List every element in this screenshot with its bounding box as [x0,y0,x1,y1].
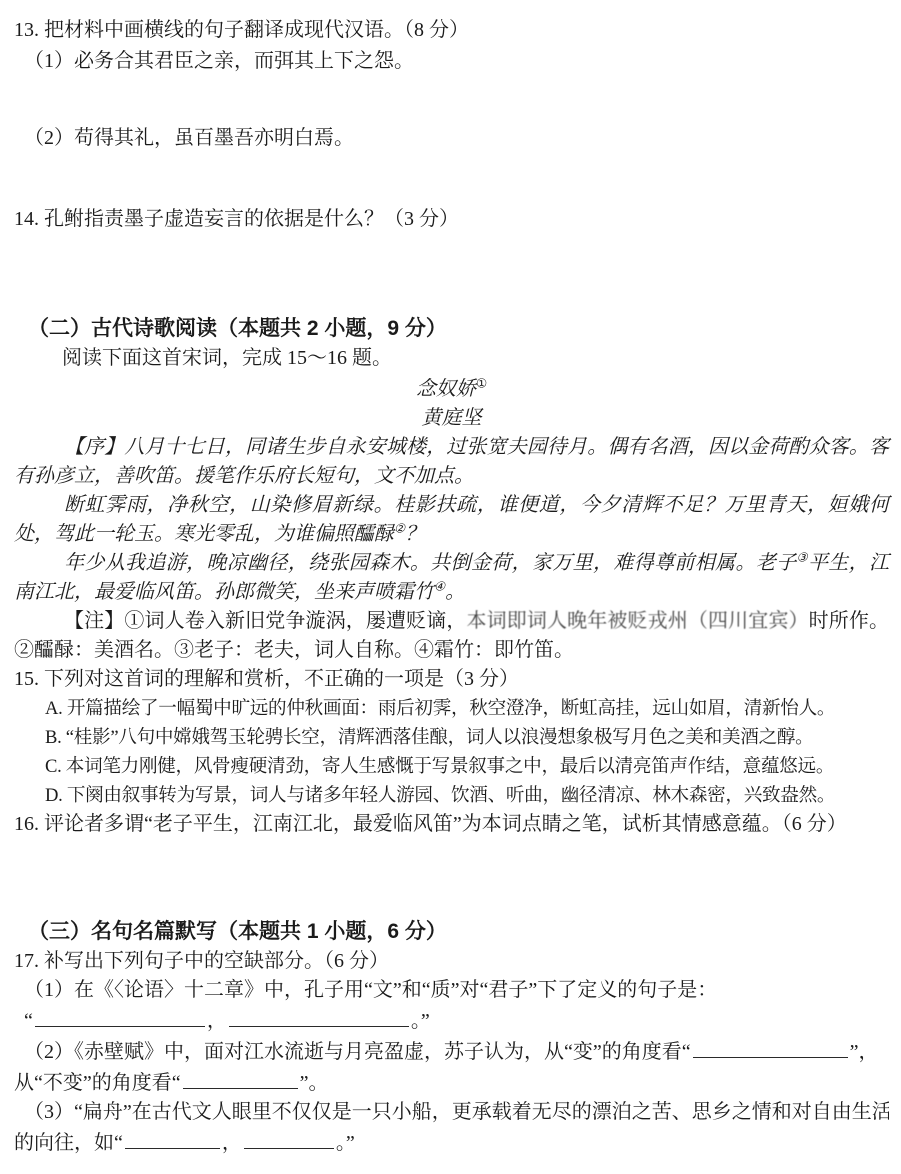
poem-author: 黄庭坚 [14,404,889,433]
item2-line2-prefix: 从“不变”的角度看“ [14,1072,181,1094]
fill-in-blank [693,1036,848,1058]
question-15-option-a: A. 开篇描绘了一幅蜀中旷远的仲秋画面：雨后初霁，秋空澄净，断虹高挂，远山如眉，… [14,694,889,723]
question-15-option-c: C. 本词笔力刚健，风骨瘦硬清劲，寄人生感慨于写景叙事之中，最后以清亮笛声作结，… [14,752,889,781]
item1-close-quote: 。” [411,1010,430,1032]
question-17-item2-line2: 从“不变”的角度看“”。 [14,1067,889,1098]
question-15-stem: 15. 下列对这首词的理解和赏析，不正确的一项是（3 分） [14,665,889,694]
fill-in-blank [35,1005,205,1027]
stanza-1-text: 断虹霁雨，净秋空，山染修眉新绿。桂影扶疏，谁便道，今夕清辉不足？万里青天，姮娥何… [14,494,889,545]
note-part1: 【注】①词人卷入新旧党争漩涡，屡遭贬谪， [64,610,467,632]
stanza-2-footnote-mark-3: ③ [797,550,808,564]
question-17-item1: （1）在《〈论语〉十二章》中，孔子用“文”和“质”对“君子”下了定义的句子是： [14,976,889,1005]
poem-title-text: 念奴娇 [416,378,476,400]
poem-notes: 【注】①词人卷入新旧党争漩涡，屡遭贬谪，本词即词人晚年被贬戎州（四川宜宾）时所作… [14,607,889,665]
poem-preface: 【序】八月十七日，同诸生步自永安城楼，过张宽夫园待月。偶有名酒，因以金荷酌众客。… [14,433,889,491]
question-17-stem: 17. 补写出下列句子中的空缺部分。（6 分） [14,947,889,976]
item2-prefix: （2）《赤壁赋》中，面对江水流逝与月亮盈虚，苏子认为，从“变”的角度看“ [24,1041,691,1063]
poem-stanza-2: 年少从我追游，晚凉幽径，绕张园森木。共倒金荷，家万里，难得尊前相属。老子③平生，… [14,549,889,607]
item3-close: 。” [336,1132,355,1154]
fill-in-blank [125,1127,220,1149]
stanza-2-end: 。 [445,581,465,603]
question-15-option-d: D. 下阕由叙事转为写景，词人与诸多年轻人游园、饮酒、听曲，幽径清凉、林木森密，… [14,781,889,810]
question-17-item3-line1: （3）“扁舟”在古代文人眼里不仅仅是一只小船，更承载着无尽的漂泊之苦、思乡之情和… [14,1098,889,1127]
poem-stanza-1: 断虹霁雨，净秋空，山染修眉新绿。桂影扶疏，谁便道，今夕清辉不足？万里青天，姮娥何… [14,491,889,549]
fill-in-blank [183,1067,298,1089]
item3-line2-prefix: 的向往，如“ [14,1132,123,1154]
section-3-heading: （三）名句名篇默写（本题共 1 小题，6 分） [14,917,889,947]
poem-title-footnote-mark: ① [476,376,487,390]
note-smudged-text: 本词即词人晚年被贬戎州（四川宜宾） [467,610,809,632]
stanza-2-footnote-mark-4: ④ [434,579,445,593]
question-17-item1-blanks: “，。” [14,1005,889,1036]
fill-in-blank [229,1005,409,1027]
question-13-title: 13. 把材料中画横线的句子翻译成现代汉语。（8 分） [14,16,889,45]
stanza-2-part1: 年少从我追游，晚凉幽径，绕张园森木。共倒金荷，家万里，难得尊前相属。老子 [64,552,797,574]
item3-separator: ， [222,1132,242,1154]
section-2-heading: （二）古代诗歌阅读（本题共 2 小题，9 分） [14,314,889,344]
item1-open-quote: “ [24,1010,33,1032]
question-14-title: 14. 孔鲋指责墨子虚造妄言的依据是什么？（3 分） [14,205,889,234]
item2-close: ”。 [300,1072,329,1094]
question-17-item2-line1: （2）《赤壁赋》中，面对江水流逝与月亮盈虚，苏子认为，从“变”的角度看“”， [14,1036,889,1067]
exam-paper-page: 13. 把材料中画横线的句子翻译成现代汉语。（8 分） （1）必务合其君臣之亲，… [0,0,901,1174]
question-13-part1: （1）必务合其君臣之亲，而弭其上下之怨。 [14,47,889,76]
stanza-1-footnote-mark: ② [394,521,405,535]
item2-mid: ”， [850,1041,879,1063]
question-17-item3-line2: 的向往，如“，。” [14,1127,889,1158]
stanza-1-end: ？ [405,523,425,545]
question-13-part2: （2）苟得其礼，虽百墨吾亦明白焉。 [14,124,889,153]
poem-title: 念奴娇① [14,375,889,404]
section-2-intro: 阅读下面这首宋词，完成 15～16 题。 [14,344,889,373]
question-15-option-b: B. “桂影”八句中嫦娥驾玉轮骋长空，清辉洒落佳酿，词人以浪漫想象极写月色之美和… [14,723,889,752]
fill-in-blank [244,1127,334,1149]
question-16: 16. 评论者多谓“老子平生，江南江北，最爱临风笛”为本词点睛之笔，试析其情感意… [14,810,889,839]
item1-separator: ， [207,1010,227,1032]
